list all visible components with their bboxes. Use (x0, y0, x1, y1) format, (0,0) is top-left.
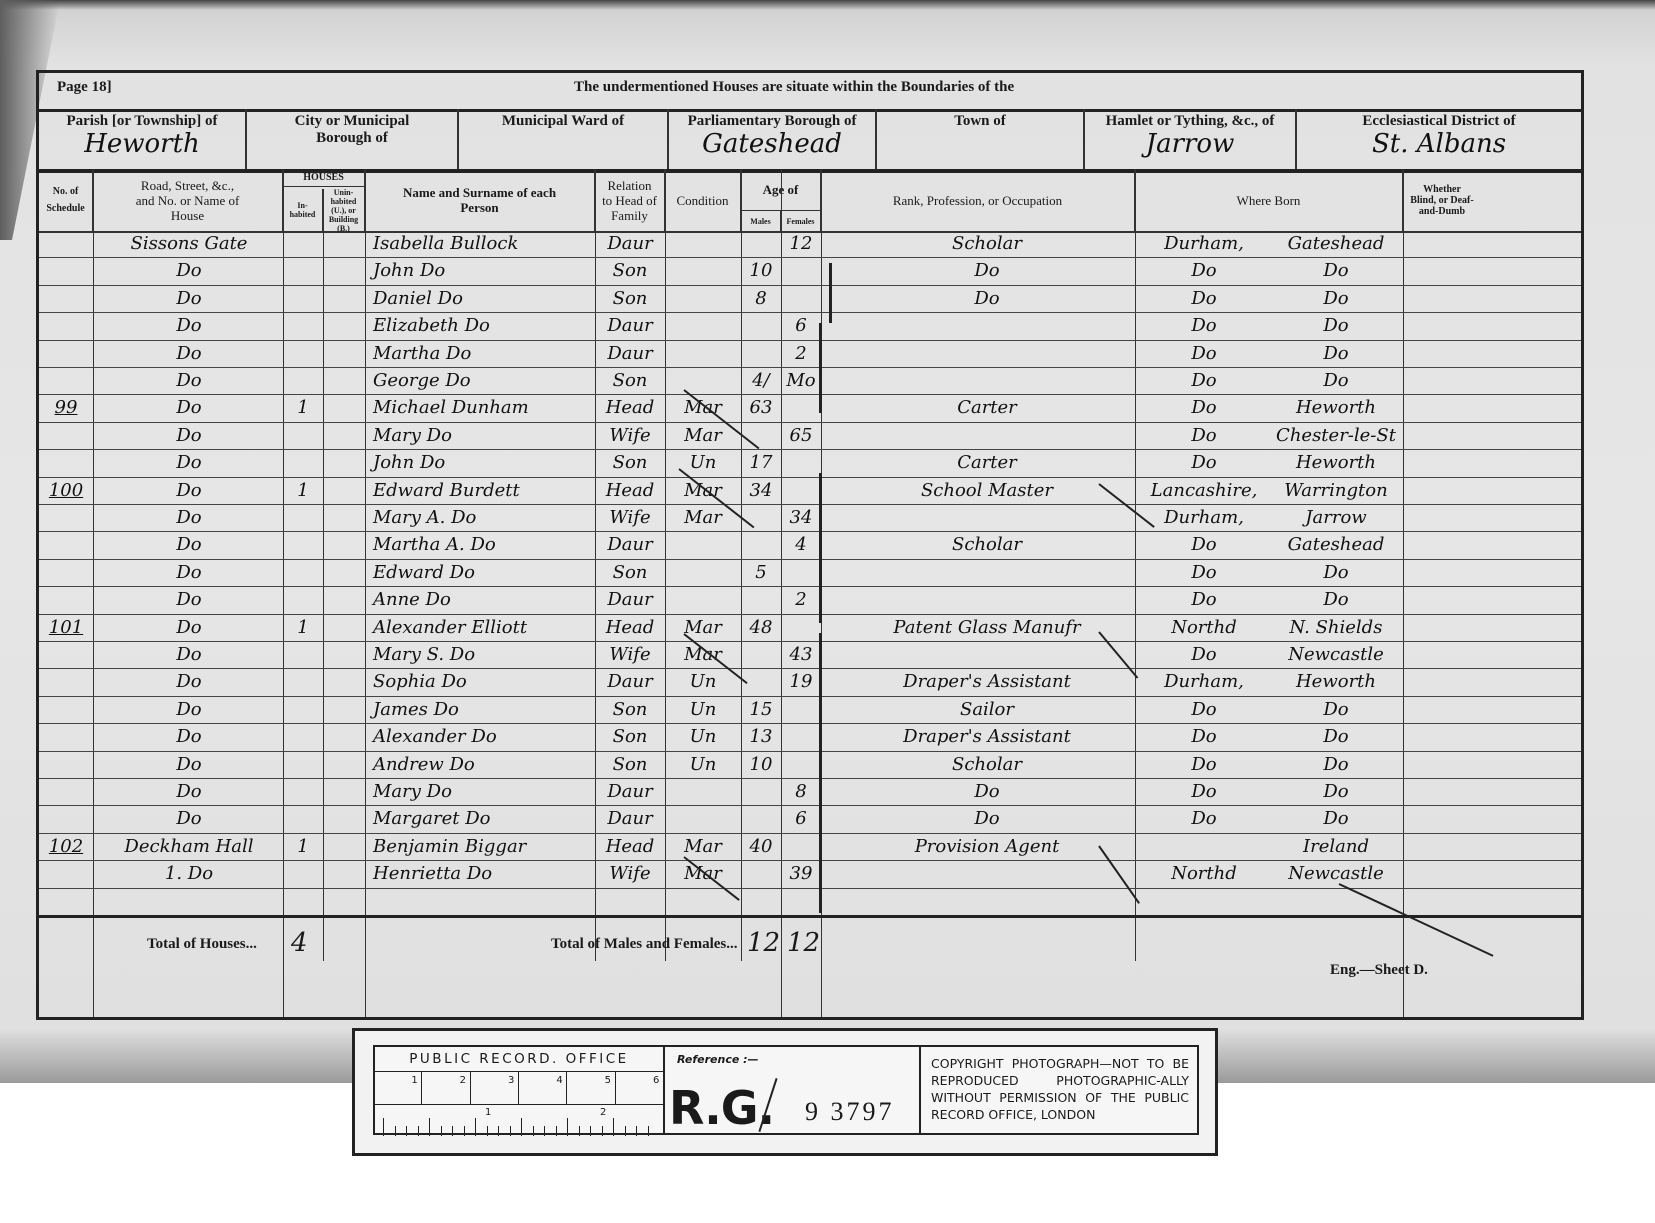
table-row: DoMary DoWifeMar65DoChester-le-St (39, 423, 1581, 450)
cell-male-age (741, 423, 781, 449)
cell-road: Do (99, 806, 279, 832)
header-road: Road, Street, &c.,and No. or Name ofHous… (93, 169, 283, 231)
cell-female-age: Mo (781, 368, 821, 394)
total-houses-label: Total of Houses... (147, 936, 257, 953)
scale-divider (615, 1071, 616, 1104)
header-name: Name and Surname of eachPerson (365, 169, 595, 231)
cell-female-age (781, 752, 821, 778)
cell-road: Do (99, 752, 279, 778)
cell-occupation (839, 423, 1135, 449)
cell-inhabited (283, 286, 323, 312)
reference-box: Reference :— R.G. 9 3797 (665, 1047, 921, 1135)
ruler-tick (441, 1126, 442, 1136)
scale-divider (421, 1071, 422, 1104)
cell-male-age: 63 (741, 395, 781, 421)
form-title: The undermentioned Houses are situate wi… (574, 79, 1014, 96)
cell-road: Do (99, 587, 279, 613)
cell-road: Do (99, 368, 279, 394)
cell-inhabited (283, 532, 323, 558)
cell-male-age: 10 (741, 752, 781, 778)
cell-inhabited (283, 313, 323, 339)
cell-occupation (839, 889, 1135, 915)
cell-born-county: Do (1139, 313, 1269, 339)
cell-condition (665, 806, 741, 832)
cell-born-place: Ireland (1269, 834, 1403, 860)
cell-relation: Daur (595, 779, 665, 805)
scale-divider (566, 1071, 567, 1104)
cell-condition (665, 341, 741, 367)
cell-schedule (41, 642, 91, 668)
cell-female-age (781, 286, 821, 312)
cell-born-county: Do (1139, 258, 1269, 284)
admin-hamlet: Hamlet or Tything, &c., of Jarrow (1085, 109, 1297, 169)
cell-occupation: Sailor (839, 697, 1135, 723)
cell-occupation (839, 313, 1135, 339)
admin-ecclesiastical: Ecclesiastical District of St. Albans (1297, 109, 1581, 169)
cell-relation: Daur (595, 806, 665, 832)
scale-number: 6 (653, 1075, 659, 1086)
cell-born-county: Do (1139, 341, 1269, 367)
cell-born-place (1269, 889, 1403, 915)
cell-male-age (741, 889, 781, 915)
scale-number: 4 (556, 1075, 562, 1086)
cell-relation: Son (595, 560, 665, 586)
cell-schedule (41, 560, 91, 586)
header-relation: Relationto Head ofFamily (595, 169, 665, 231)
cell-female-age: 6 (781, 313, 821, 339)
table-row: DoSophia DoDaurUn19Draper's AssistantDur… (39, 669, 1581, 696)
table-row: 99Do1Michael DunhamHeadMar63CarterDoHewo… (39, 395, 1581, 422)
scale-number: 1 (411, 1075, 417, 1086)
cell-born-county: Durham, (1139, 505, 1269, 531)
cell-name: Alexander Elliott (373, 615, 595, 641)
admin-parish-value: Heworth (39, 130, 245, 158)
cell-condition (665, 779, 741, 805)
table-row: DoEdward DoSon5DoDo (39, 560, 1581, 587)
cell-male-age (741, 587, 781, 613)
cell-name: John Do (373, 258, 595, 284)
ruler-tick (464, 1126, 465, 1136)
table-row: DoMartha A. DoDaur4ScholarDoGateshead (39, 532, 1581, 559)
ruler-tick (602, 1126, 603, 1136)
pro-title: PUBLIC RECORD. OFFICE (375, 1047, 663, 1072)
cell-condition: Mar (665, 615, 741, 641)
cell-male-age (741, 806, 781, 832)
table-row: DoAndrew DoSonUn10ScholarDoDo (39, 752, 1581, 779)
cell-born-place: Do (1269, 286, 1403, 312)
cell-born-place: Do (1269, 313, 1403, 339)
cell-relation: Son (595, 368, 665, 394)
ruler-tick (544, 1126, 545, 1136)
cell-name: Edward Burdett (373, 478, 595, 504)
header-females: Females (781, 211, 821, 231)
cell-born-county: Northd (1139, 615, 1269, 641)
table-row: DoAnne DoDaur2DoDo (39, 587, 1581, 614)
table-row: DoGeorge DoSon4/MoDoDo (39, 368, 1581, 395)
cell-born-county: Northd (1139, 861, 1269, 887)
cell-occupation (839, 368, 1135, 394)
cell-female-age: 4 (781, 532, 821, 558)
admin-town: Town of (877, 109, 1085, 169)
table-row: DoAlexander DoSonUn13Draper's AssistantD… (39, 724, 1581, 751)
table-row: 102Deckham Hall1Benjamin BiggarHeadMar40… (39, 834, 1581, 861)
cell-male-age: 48 (741, 615, 781, 641)
cell-born-county: Durham, (1139, 669, 1269, 695)
cell-name: Elizabeth Do (373, 313, 595, 339)
bracket-mark (829, 263, 832, 323)
cell-name: Edward Do (373, 560, 595, 586)
column-headers: No. ofSchedule Road, Street, &c.,and No.… (39, 169, 1581, 233)
cell-female-age: 34 (781, 505, 821, 531)
cell-male-age (741, 532, 781, 558)
cell-condition (665, 532, 741, 558)
cell-relation: Head (595, 615, 665, 641)
header-where-born: Where Born (1135, 169, 1403, 231)
cell-road: Do (99, 560, 279, 586)
cell-name: James Do (373, 697, 595, 723)
reference-label: Reference :— (677, 1053, 759, 1066)
scale-divider (518, 1071, 519, 1104)
header-schedule: No. ofSchedule (39, 169, 93, 231)
census-entries: Sissons GateIsabella BullockDaur12Schola… (39, 231, 1581, 915)
cell-male-age (741, 861, 781, 887)
cell-female-age (781, 697, 821, 723)
cell-male-age: 17 (741, 450, 781, 476)
cell-relation: Son (595, 286, 665, 312)
cell-road: Do (99, 505, 279, 531)
cell-relation: Wife (595, 505, 665, 531)
cell-inhabited (283, 560, 323, 586)
cell-condition: Mar (665, 834, 741, 860)
cell-female-age (781, 258, 821, 284)
cell-condition (665, 231, 741, 257)
scale-number: 2 (460, 1075, 466, 1086)
cell-schedule: 102 (41, 834, 91, 860)
cell-schedule (41, 587, 91, 613)
cell-relation: Daur (595, 532, 665, 558)
pro-scale-box: PUBLIC RECORD. OFFICE 123456 12 (375, 1047, 665, 1135)
cell-condition: Un (665, 724, 741, 750)
cell-schedule (41, 861, 91, 887)
cell-occupation (839, 505, 1135, 531)
cell-road (99, 889, 279, 915)
page-number: Page 18] (57, 79, 112, 96)
cell-road: Do (99, 532, 279, 558)
table-row: 1. DoHenrietta DoWifeMar39NorthdNewcastl… (39, 861, 1581, 888)
cell-relation: Son (595, 752, 665, 778)
total-females-value: 12 (787, 928, 820, 958)
cell-name: Daniel Do (373, 286, 595, 312)
cell-female-age (781, 889, 821, 915)
bracket-mark (819, 633, 822, 913)
cell-relation: Head (595, 834, 665, 860)
cell-schedule: 99 (41, 395, 91, 421)
cell-born-county: Do (1139, 806, 1269, 832)
ruler-tick (590, 1126, 591, 1136)
cell-road: Do (99, 395, 279, 421)
cell-inhabited (283, 889, 323, 915)
cell-born-place: Do (1269, 806, 1403, 832)
cell-born-county: Do (1139, 286, 1269, 312)
table-row: DoMary A. DoWifeMar34Durham,Jarrow (39, 505, 1581, 532)
cell-road: Do (99, 313, 279, 339)
cell-schedule: 101 (41, 615, 91, 641)
table-row: Sissons GateIsabella BullockDaur12Schola… (39, 231, 1581, 258)
cell-road: Do (99, 697, 279, 723)
cell-schedule (41, 505, 91, 531)
cell-relation: Wife (595, 861, 665, 887)
ruler-number: 2 (600, 1107, 606, 1118)
cell-inhabited (283, 779, 323, 805)
cell-born-county: Do (1139, 642, 1269, 668)
public-record-office-stamp: PUBLIC RECORD. OFFICE 123456 12 Referenc… (352, 1028, 1218, 1156)
ruler-tick (383, 1118, 384, 1136)
cell-name: Mary Do (373, 423, 595, 449)
cell-name: Andrew Do (373, 752, 595, 778)
cell-inhabited (283, 423, 323, 449)
cell-inhabited (283, 450, 323, 476)
pro-ruler: 12 (375, 1104, 663, 1136)
ruler-tick (498, 1126, 499, 1136)
census-page-scan: Page 18] The undermentioned Houses are s… (0, 0, 1655, 1083)
cell-inhabited (283, 368, 323, 394)
cell-occupation: Draper's Assistant (839, 669, 1135, 695)
cell-inhabited (283, 752, 323, 778)
cell-relation: Head (595, 478, 665, 504)
cell-relation: Wife (595, 423, 665, 449)
ruler-tick (452, 1126, 453, 1136)
total-males-value: 12 (747, 928, 780, 958)
table-row: DoElizabeth DoDaur6DoDo (39, 313, 1581, 340)
cell-condition: Un (665, 669, 741, 695)
cell-schedule (41, 313, 91, 339)
cell-inhabited: 1 (283, 615, 323, 641)
cell-inhabited (283, 587, 323, 613)
cell-relation: Son (595, 697, 665, 723)
cell-road: Do (99, 450, 279, 476)
cell-name: John Do (373, 450, 595, 476)
ruler-tick (556, 1126, 557, 1136)
cell-occupation: Do (839, 806, 1135, 832)
cell-occupation: Scholar (839, 532, 1135, 558)
cell-occupation (839, 642, 1135, 668)
cell-born-county (1139, 889, 1269, 915)
cell-inhabited: 1 (283, 395, 323, 421)
cell-male-age (741, 231, 781, 257)
cell-relation: Daur (595, 587, 665, 613)
cell-schedule (41, 231, 91, 257)
cell-schedule: 100 (41, 478, 91, 504)
cell-occupation: Do (839, 258, 1135, 284)
cell-occupation: Scholar (839, 231, 1135, 257)
cell-occupation: Scholar (839, 752, 1135, 778)
cell-name: Benjamin Biggar (373, 834, 595, 860)
cell-road: Do (99, 779, 279, 805)
cell-female-age (781, 560, 821, 586)
bracket-mark (819, 323, 822, 413)
cell-female-age: 6 (781, 806, 821, 832)
cell-schedule (41, 779, 91, 805)
cell-male-age: 4/ (741, 368, 781, 394)
cell-name: Henrietta Do (373, 861, 595, 887)
cell-occupation (839, 587, 1135, 613)
cell-road: Do (99, 669, 279, 695)
cell-relation: Son (595, 450, 665, 476)
admin-city: City or Municipal Borough of (247, 109, 459, 169)
reference-class: R.G. (669, 1081, 774, 1135)
cell-female-age: 65 (781, 423, 821, 449)
cell-born-place: Do (1269, 697, 1403, 723)
cell-female-age: 8 (781, 779, 821, 805)
cell-born-place: Do (1269, 724, 1403, 750)
cell-road: Do (99, 286, 279, 312)
cell-relation (595, 889, 665, 915)
cell-schedule (41, 697, 91, 723)
cell-inhabited (283, 231, 323, 257)
cell-schedule (41, 889, 91, 915)
cell-occupation: Do (839, 286, 1135, 312)
cell-born-place: Heworth (1269, 669, 1403, 695)
ruler-tick (487, 1126, 488, 1136)
cell-male-age (741, 505, 781, 531)
ruler-tick (613, 1118, 614, 1136)
cell-born-county: Do (1139, 697, 1269, 723)
cell-male-age: 10 (741, 258, 781, 284)
admin-parliamentary-borough: Parliamentary Borough of Gateshead (669, 109, 877, 169)
cell-inhabited: 1 (283, 478, 323, 504)
cell-relation: Head (595, 395, 665, 421)
cell-relation: Daur (595, 313, 665, 339)
cell-condition (665, 368, 741, 394)
cell-road: Do (99, 642, 279, 668)
cell-occupation: Carter (839, 450, 1135, 476)
cell-name: Margaret Do (373, 806, 595, 832)
cell-name: Mary Do (373, 779, 595, 805)
cell-condition (665, 258, 741, 284)
admin-parish: Parish [or Township] of Heworth (39, 109, 247, 169)
cell-male-age: 8 (741, 286, 781, 312)
cell-born-place: Do (1269, 752, 1403, 778)
cell-occupation: Draper's Assistant (839, 724, 1135, 750)
ruler-tick (636, 1126, 637, 1136)
cell-born-county: Do (1139, 450, 1269, 476)
cell-male-age (741, 313, 781, 339)
cell-road: Do (99, 724, 279, 750)
cell-male-age (741, 341, 781, 367)
cell-born-place: Newcastle (1269, 861, 1403, 887)
cell-born-place: Heworth (1269, 450, 1403, 476)
admin-parliamentary-borough-value: Gateshead (669, 130, 875, 158)
table-row: DoJames DoSonUn15SailorDoDo (39, 697, 1581, 724)
ruler-tick (648, 1126, 649, 1136)
cell-inhabited (283, 697, 323, 723)
ruler-number: 1 (485, 1107, 491, 1118)
cell-occupation: Do (839, 779, 1135, 805)
cell-born-place: Warrington (1269, 478, 1403, 504)
cell-male-age: 34 (741, 478, 781, 504)
table-row: 100Do1Edward BurdettHeadMar34School Mast… (39, 478, 1581, 505)
cell-born-county: Do (1139, 752, 1269, 778)
ruler-tick (533, 1126, 534, 1136)
cell-born-place: Do (1269, 587, 1403, 613)
cell-name: Michael Dunham (373, 395, 595, 421)
reference-piece: 9 3797 (805, 1097, 895, 1127)
table-row: DoMary S. DoWifeMar43DoNewcastle (39, 642, 1581, 669)
cell-female-age: 19 (781, 669, 821, 695)
cell-born-place: Gateshead (1269, 231, 1403, 257)
cell-condition (665, 286, 741, 312)
cell-inhabited (283, 642, 323, 668)
admin-ecclesiastical-value: St. Albans (1297, 130, 1581, 158)
admin-ward: Municipal Ward of (459, 109, 669, 169)
cell-female-age: 43 (781, 642, 821, 668)
cell-inhabited (283, 861, 323, 887)
ruler-tick (475, 1118, 476, 1136)
copyright-notice: COPYRIGHT PHOTOGRAPH—NOT TO BE REPRODUCE… (921, 1047, 1199, 1135)
cell-inhabited (283, 258, 323, 284)
bracket-mark (819, 473, 822, 623)
cell-inhabited (283, 505, 323, 531)
cell-born-place: Do (1269, 368, 1403, 394)
cell-road: 1. Do (99, 861, 279, 887)
cell-born-county: Do (1139, 532, 1269, 558)
cell-inhabited (283, 669, 323, 695)
ruler-tick (510, 1126, 511, 1136)
cell-occupation: School Master (839, 478, 1135, 504)
cell-name: George Do (373, 368, 595, 394)
cell-condition: Mar (665, 478, 741, 504)
cell-born-place: Do (1269, 779, 1403, 805)
ruler-tick (625, 1126, 626, 1136)
admin-districts-row: Parish [or Township] of Heworth City or … (39, 109, 1581, 173)
cell-condition: Un (665, 697, 741, 723)
cell-occupation (839, 341, 1135, 367)
cell-schedule (41, 752, 91, 778)
cell-born-county (1139, 834, 1269, 860)
cell-name: Mary A. Do (373, 505, 595, 531)
cell-condition (665, 560, 741, 586)
cell-born-county: Lancashire, (1139, 478, 1269, 504)
cell-born-place: Heworth (1269, 395, 1403, 421)
cell-condition: Mar (665, 861, 741, 887)
cell-schedule (41, 724, 91, 750)
cell-name: Anne Do (373, 587, 595, 613)
cell-name: Isabella Bullock (373, 231, 595, 257)
form-title-row: Page 18] The undermentioned Houses are s… (39, 73, 1581, 112)
table-row: DoDaniel DoSon8DoDoDo (39, 286, 1581, 313)
admin-hamlet-value: Jarrow (1085, 130, 1295, 158)
cell-male-age: 15 (741, 697, 781, 723)
cell-born-place: Gateshead (1269, 532, 1403, 558)
cell-condition: Un (665, 752, 741, 778)
cell-occupation (839, 560, 1135, 586)
cell-name: Martha A. Do (373, 532, 595, 558)
cell-born-county: Do (1139, 395, 1269, 421)
total-persons-label: Total of Males and Females... (551, 936, 738, 953)
cell-road: Do (99, 423, 279, 449)
cell-condition: Mar (665, 395, 741, 421)
cell-inhabited (283, 724, 323, 750)
cell-born-county: Do (1139, 368, 1269, 394)
cell-female-age (781, 395, 821, 421)
cell-condition: Mar (665, 642, 741, 668)
cell-schedule (41, 341, 91, 367)
cell-female-age (781, 615, 821, 641)
cell-name: Alexander Do (373, 724, 595, 750)
cell-female-age (781, 834, 821, 860)
ruler-tick (429, 1118, 430, 1136)
table-row: DoJohn DoSon10DoDoDo (39, 258, 1581, 285)
